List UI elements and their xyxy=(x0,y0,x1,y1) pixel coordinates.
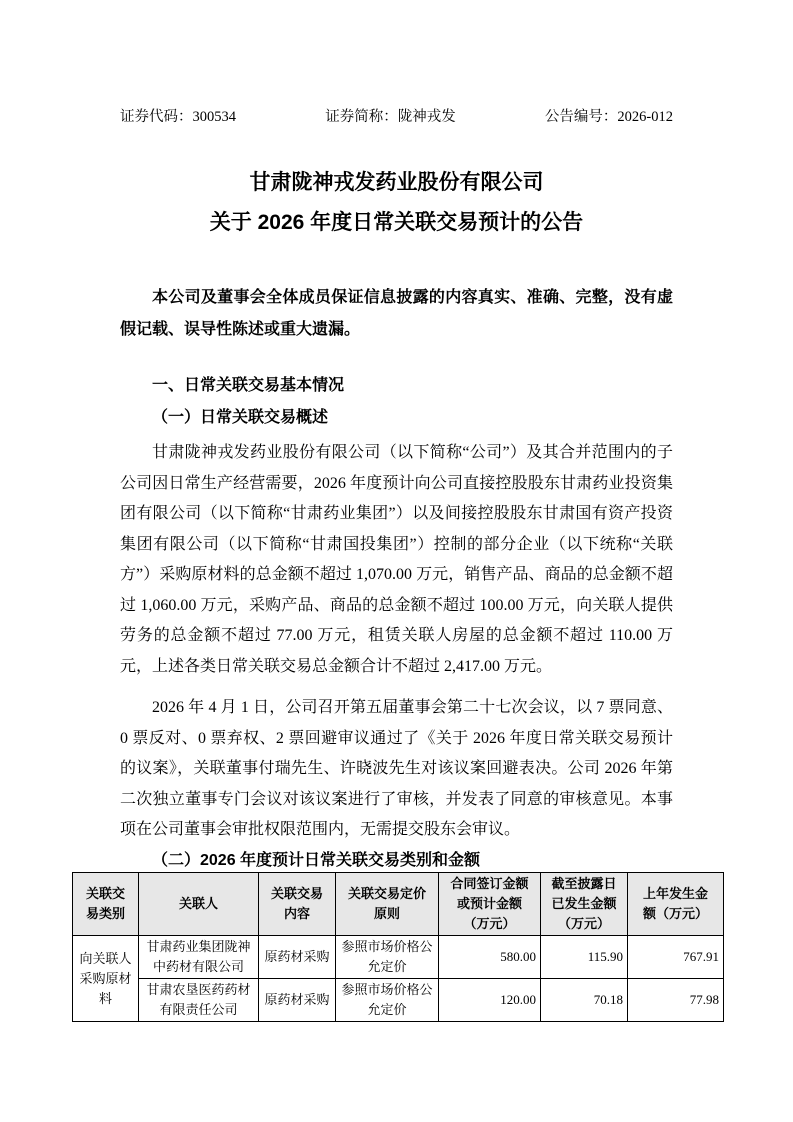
announcement-subject-title: 关于 2026 年度日常关联交易预计的公告 xyxy=(0,203,793,243)
table-header-row: 关联交 易类别 关联人 关联交易 内容 关联交易定价 原则 合同签订金额 或预计… xyxy=(73,873,724,936)
stock-abbreviation: 证券简称：陇神戎发 xyxy=(325,107,456,127)
table-row: 向关联人 采购原材 料 甘肃药业集团陇神 中药材有限公司 原药材采购 参照市场价… xyxy=(73,936,724,979)
cell-related-party: 甘肃药业集团陇神 中药材有限公司 xyxy=(139,936,259,979)
header-meta-row: 证券代码：300534 证券简称：陇神戎发 公告编号：2026-012 xyxy=(120,107,673,127)
related-transactions-table: 关联交 易类别 关联人 关联交易 内容 关联交易定价 原则 合同签订金额 或预计… xyxy=(72,872,724,1022)
document-title: 甘肃陇神戎发药业股份有限公司 关于 2026 年度日常关联交易预计的公告 xyxy=(0,163,793,243)
cell-related-party: 甘肃农垦医药药材 有限责任公司 xyxy=(139,979,259,1022)
cell-transaction-content: 原药材采购 xyxy=(259,936,336,979)
cell-pricing-principle: 参照市场价格公 允定价 xyxy=(336,979,439,1022)
paragraph-transaction-overview: 甘肃陇神戎发药业股份有限公司（以下简称“公司”）及其合并范围内的子公司因日常生产… xyxy=(120,438,673,682)
cell-contract-amount: 120.00 xyxy=(439,979,541,1022)
cell-transaction-content: 原药材采购 xyxy=(259,979,336,1022)
cell-pricing-principle: 参照市场价格公 允定价 xyxy=(336,936,439,979)
subsection-heading-overview: （一）日常关联交易概述 xyxy=(120,405,673,431)
cell-incurred-amount: 115.90 xyxy=(541,936,628,979)
cell-contract-amount: 580.00 xyxy=(439,936,541,979)
column-header-pricing-principle: 关联交易定价 原则 xyxy=(336,873,439,936)
company-name-title: 甘肃陇神戎发药业股份有限公司 xyxy=(0,163,793,203)
cell-prior-year-amount: 77.98 xyxy=(628,979,724,1022)
column-header-prior-year-amount: 上年发生金 额（万元） xyxy=(628,873,724,936)
cell-transaction-category: 向关联人 采购原材 料 xyxy=(73,936,139,1022)
column-header-transaction-content: 关联交易 内容 xyxy=(259,873,336,936)
paragraph-board-approval: 2026 年 4 月 1 日，公司召开第五届董事会第二十七次会议，以 7 票同意… xyxy=(120,693,673,846)
subsection-heading-categories-amounts: （二）2026 年度预计日常关联交易类别和金额 xyxy=(120,848,673,874)
table-row: 甘肃农垦医药药材 有限责任公司 原药材采购 参照市场价格公 允定价 120.00… xyxy=(73,979,724,1022)
column-header-contract-amount: 合同签订金额 或预计金额 （万元） xyxy=(439,873,541,936)
column-header-related-party: 关联人 xyxy=(139,873,259,936)
cell-prior-year-amount: 767.91 xyxy=(628,936,724,979)
column-header-incurred-amount: 截至披露日 已发生金额 （万元） xyxy=(541,873,628,936)
section-heading-basic-situation: 一、日常关联交易基本情况 xyxy=(120,373,673,399)
stock-code: 证券代码：300534 xyxy=(120,107,236,127)
cell-incurred-amount: 70.18 xyxy=(541,979,628,1022)
column-header-transaction-category: 关联交 易类别 xyxy=(73,873,139,936)
disclaimer-statement: 本公司及董事会全体成员保证信息披露的内容真实、准确、完整，没有虚假记载、误导性陈… xyxy=(120,282,673,346)
announcement-number: 公告编号：2026-012 xyxy=(545,107,673,127)
announcement-page: 证券代码：300534 证券简称：陇神戎发 公告编号：2026-012 甘肃陇神… xyxy=(0,0,793,1122)
